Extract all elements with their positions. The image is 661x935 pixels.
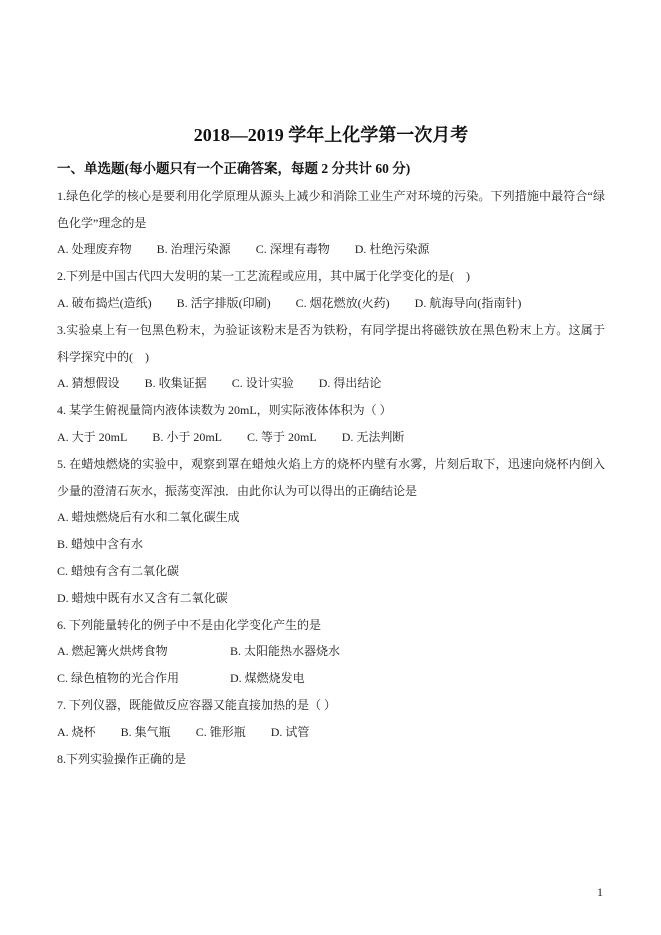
options: A. 烧杯B. 集气瓶C. 锥形瓶D. 试管 (57, 719, 605, 746)
option-D: D. 得出结论 (319, 376, 382, 390)
question-text: 1.绿色化学的核心是要利用化学原理从源头上减少和消除工业生产对环境的污染。下列措… (57, 183, 605, 237)
option-D: D. 煤燃烧发电 (230, 665, 605, 692)
question-5: 5. 在蜡烛燃烧的实验中，观察到罩在蜡烛火焰上方的烧杯内壁有水雾，片刻后取下，迅… (57, 451, 605, 612)
question-1: 1.绿色化学的核心是要利用化学原理从源头上减少和消除工业生产对环境的污染。下列措… (57, 183, 605, 263)
option-B: B. 集气瓶 (121, 725, 171, 739)
option-D: D. 无法判断 (342, 430, 405, 444)
option-A: A. 燃起篝火烘烤食物 (57, 638, 230, 665)
options: A. 燃起篝火烘烤食物B. 太阳能热水器烧水C. 绿色植物的光合作用D. 煤燃烧… (57, 638, 605, 692)
question-8: 8.下列实验操作正确的是 (57, 746, 605, 773)
question-text: 8.下列实验操作正确的是 (57, 746, 605, 773)
page-number: 1 (597, 885, 603, 899)
option-A: A. 猜想假设 (57, 376, 120, 390)
document-content: 2018—2019 学年上化学第一次月考 一、单选题(每小题只有一个正确答案，每… (57, 122, 605, 772)
options: A. 处理废弃物B. 治理污染源C. 深埋有毒物D. 杜绝污染源 (57, 236, 605, 263)
option-B: B. 收集证据 (145, 376, 207, 390)
options: A. 破布捣烂(造纸)B. 活字排版(印刷)C. 烟花燃放(火药)D. 航海导向… (57, 290, 605, 317)
option-D: D. 蜡烛中既有水又含有二氧化碳 (57, 585, 605, 612)
options: A. 猜想假设B. 收集证据C. 设计实验D. 得出结论 (57, 370, 605, 397)
exam-paper-page: 2018—2019 学年上化学第一次月考 一、单选题(每小题只有一个正确答案，每… (0, 0, 661, 935)
option-A: A. 处理废弃物 (57, 242, 132, 256)
option-C: C. 等于 20mL (247, 430, 317, 444)
question-7: 7. 下列仪器，既能做反应容器又能直接加热的是（ ）A. 烧杯B. 集气瓶C. … (57, 692, 605, 746)
question-text: 5. 在蜡烛燃烧的实验中，观察到罩在蜡烛火焰上方的烧杯内壁有水雾，片刻后取下，迅… (57, 451, 605, 505)
option-A: A. 蜡烛燃烧后有水和二氧化碳生成 (57, 504, 605, 531)
option-B: B. 太阳能热水器烧水 (230, 638, 605, 665)
option-B: B. 蜡烛中含有水 (57, 531, 605, 558)
option-C: C. 蜡烛有含有二氧化碳 (57, 558, 605, 585)
options: A. 蜡烛燃烧后有水和二氧化碳生成B. 蜡烛中含有水C. 蜡烛有含有二氧化碳D.… (57, 504, 605, 611)
option-A: A. 烧杯 (57, 725, 96, 739)
question-text: 3.实验桌上有一包黑色粉末，为验证该粉末是否为铁粉，有同学提出将磁铁放在黑色粉末… (57, 317, 605, 371)
option-D: D. 试管 (271, 725, 310, 739)
question-text: 2.下列是中国古代四大发明的某一工艺流程或应用，其中属于化学变化的是( ) (57, 263, 605, 290)
option-C: C. 绿色植物的光合作用 (57, 665, 230, 692)
question-3: 3.实验桌上有一包黑色粉末，为验证该粉末是否为铁粉，有同学提出将磁铁放在黑色粉末… (57, 317, 605, 397)
page-title: 2018—2019 学年上化学第一次月考 (57, 122, 605, 148)
question-text: 4. 某学生俯视量筒内液体读数为 20mL，则实际液体体积为（ ） (57, 397, 605, 424)
option-C: C. 锥形瓶 (196, 725, 246, 739)
section-heading: 一、单选题(每小题只有一个正确答案，每题 2 分共计 60 分) (57, 156, 605, 183)
question-4: 4. 某学生俯视量筒内液体读数为 20mL，则实际液体体积为（ ）A. 大于 2… (57, 397, 605, 451)
option-D: D. 航海导向(指南针) (415, 296, 522, 310)
option-C: C. 烟花燃放(火药) (296, 296, 390, 310)
option-B: B. 治理污染源 (157, 242, 231, 256)
option-A: A. 破布捣烂(造纸) (57, 296, 152, 310)
question-2: 2.下列是中国古代四大发明的某一工艺流程或应用，其中属于化学变化的是( )A. … (57, 263, 605, 317)
option-C: C. 设计实验 (232, 376, 294, 390)
option-C: C. 深埋有毒物 (256, 242, 330, 256)
question-6: 6. 下列能量转化的例子中不是由化学变化产生的是A. 燃起篝火烘烤食物B. 太阳… (57, 612, 605, 692)
question-text: 6. 下列能量转化的例子中不是由化学变化产生的是 (57, 612, 605, 639)
option-A: A. 大于 20mL (57, 430, 127, 444)
options: A. 大于 20mLB. 小于 20mLC. 等于 20mLD. 无法判断 (57, 424, 605, 451)
option-B: B. 小于 20mL (152, 430, 222, 444)
option-D: D. 杜绝污染源 (355, 242, 430, 256)
option-B: B. 活字排版(印刷) (177, 296, 271, 310)
question-text: 7. 下列仪器，既能做反应容器又能直接加热的是（ ） (57, 692, 605, 719)
question-list: 1.绿色化学的核心是要利用化学原理从源头上减少和消除工业生产对环境的污染。下列措… (57, 183, 605, 773)
